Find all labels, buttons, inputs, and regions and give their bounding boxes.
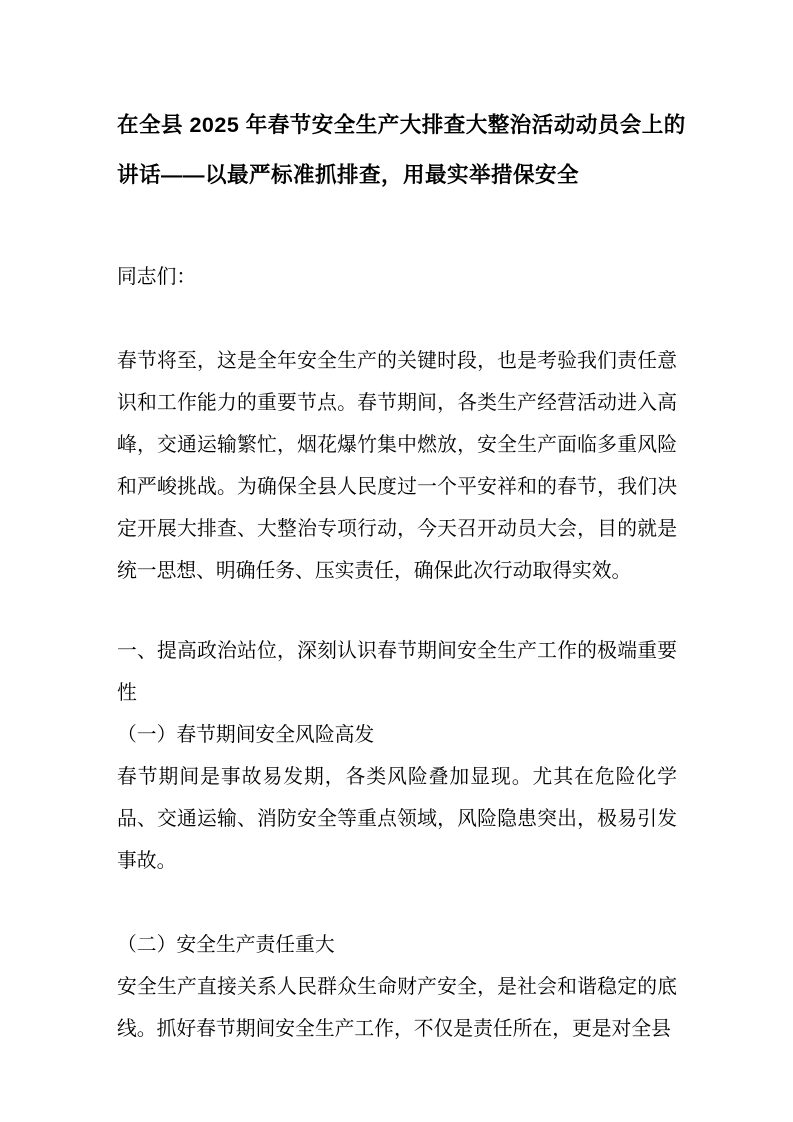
subsection-2-heading: （二）安全生产责任重大 bbox=[117, 924, 677, 966]
subsection-1-body: 春节期间是事故易发期，各类风险叠加显现。尤其在危险化学品、交通运输、消防安全等重… bbox=[117, 756, 677, 882]
document-title-line-1: 在全县 2025 年春节安全生产大排查大整治活动动员会上的 bbox=[117, 100, 677, 150]
section-1-heading: 一、提高政治站位，深刻认识春节期间安全生产工作的极端重要性 bbox=[117, 630, 677, 714]
document-page: 在全县 2025 年春节安全生产大排查大整治活动动员会上的 讲话——以最严标准抓… bbox=[0, 0, 793, 1122]
subsection-1-heading: （一）春节期间安全风险高发 bbox=[117, 714, 677, 756]
document-title: 在全县 2025 年春节安全生产大排查大整治活动动员会上的 讲话——以最严标准抓… bbox=[117, 100, 677, 200]
intro-paragraph: 春节将至，这是全年安全生产的关键时段，也是考验我们责任意识和工作能力的重要节点。… bbox=[117, 340, 677, 592]
document-title-line-2: 讲话——以最严标准抓排查，用最实举措保安全 bbox=[117, 150, 677, 200]
salutation: 同志们： bbox=[117, 256, 677, 298]
subsection-2-body: 安全生产直接关系人民群众生命财产安全，是社会和谐稳定的底线。抓好春节期间安全生产… bbox=[117, 966, 677, 1050]
